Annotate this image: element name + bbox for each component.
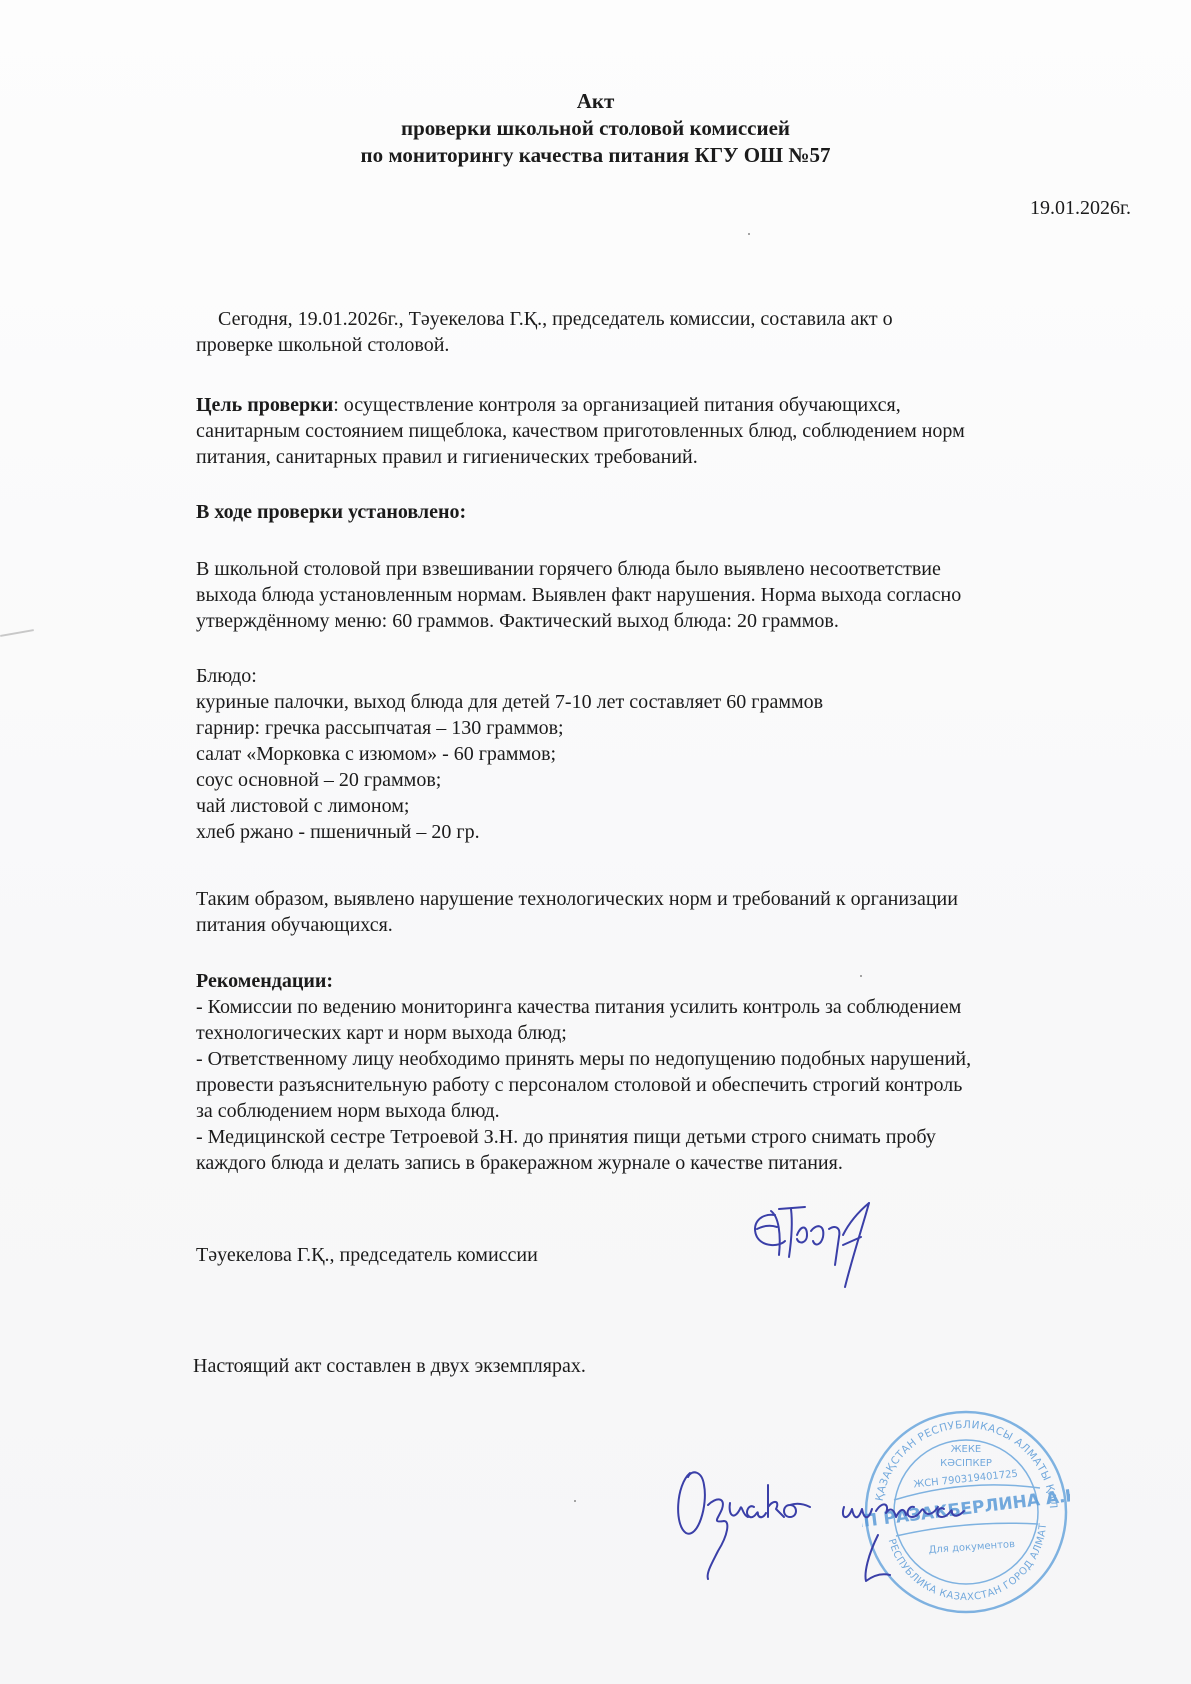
scan-dot xyxy=(860,975,862,977)
svg-text:ЖЕКЕ: ЖЕКЕ xyxy=(951,1444,982,1455)
document-title: Акт проверки школьной столовой комиссией… xyxy=(0,88,1191,169)
intro-line-1: Сегодня, 19.01.2026г., Тәуекелова Г.Қ., … xyxy=(196,306,1116,332)
handwritten-signature-icon xyxy=(745,1195,885,1300)
copies-note-block: Настоящий акт составлен в двух экземпляр… xyxy=(193,1353,1113,1379)
menu-item: хлеб ржано - пшеничный – 20 гр. xyxy=(196,819,1116,845)
findings-text: В школьной столовой при взвешивании горя… xyxy=(196,556,1116,634)
title-line-1: Акт xyxy=(0,88,1191,115)
scan-artifact xyxy=(0,629,34,637)
menu-item: салат «Морковка с изюмом» - 60 граммов; xyxy=(196,741,1116,767)
recommendation-line: - Медицинской сестре Тетроевой З.Н. до п… xyxy=(196,1124,1116,1150)
recommendation-line: - Ответственному лицу необходимо принять… xyxy=(196,1046,1116,1072)
signer-name: Тәуекелова Г.Қ., председатель комиссии xyxy=(196,1242,1116,1268)
document-date: 19.01.2026г. xyxy=(1030,197,1131,220)
findings-heading: В ходе проверки установлено: xyxy=(196,499,1116,525)
menu-item: чай листовой с лимоном; xyxy=(196,793,1116,819)
title-line-3: по мониторингу качества питания КГУ ОШ №… xyxy=(0,142,1191,169)
purpose-text-1: : осуществление контроля за организацией… xyxy=(333,394,900,416)
purpose-text-2: санитарным состоянием пищеблока, качеств… xyxy=(196,418,1116,444)
recommendation-line: провести разъяснительную работу с персон… xyxy=(196,1072,1116,1098)
conclusion-paragraph: Таким образом, выявлено нарушение технол… xyxy=(196,886,1116,938)
scan-dot xyxy=(574,1500,576,1502)
title-line-2: проверки школьной столовой комиссией xyxy=(0,115,1191,142)
document-page: Акт проверки школьной столовой комиссией… xyxy=(0,0,1191,1684)
findings-section: В ходе проверки установлено: xyxy=(196,499,1116,525)
conclusion-line: Таким образом, выявлено нарушение технол… xyxy=(196,886,1116,912)
intro-paragraph: Сегодня, 19.01.2026г., Тәуекелова Г.Қ., … xyxy=(196,306,1116,358)
signature-line: Тәуекелова Г.Қ., председатель комиссии xyxy=(196,1242,1116,1268)
copies-note: Настоящий акт составлен в двух экземпляр… xyxy=(193,1353,1113,1379)
recommendation-line: технологических карт и норм выхода блюд; xyxy=(196,1020,1116,1046)
handwritten-acknowledgement-icon xyxy=(668,1455,1008,1590)
findings-line: выхода блюда установленным нормам. Выявл… xyxy=(196,582,1116,608)
scan-dot xyxy=(748,233,750,235)
menu-list: Блюдо: куриные палочки, выход блюда для … xyxy=(196,663,1116,845)
conclusion-line: питания обучающихся. xyxy=(196,912,1116,938)
intro-line-2: проверке школьной столовой. xyxy=(196,332,1116,358)
recommendation-line: каждого блюда и делать запись в бракераж… xyxy=(196,1150,1116,1176)
recommendations-section: Рекомендации: - Комиссии по ведению мони… xyxy=(196,968,1116,1176)
findings-line: утверждённому меню: 60 граммов. Фактичес… xyxy=(196,608,1116,634)
purpose-label: Цель проверки xyxy=(196,394,333,416)
menu-item: гарнир: гречка рассыпчатая – 130 граммов… xyxy=(196,715,1116,741)
recommendation-line: - Комиссии по ведению мониторинга качест… xyxy=(196,994,1116,1020)
recommendations-heading: Рекомендации: xyxy=(196,968,1116,994)
menu-heading: Блюдо: xyxy=(196,663,1116,689)
findings-line: В школьной столовой при взвешивании горя… xyxy=(196,556,1116,582)
menu-item: соус основной – 20 граммов; xyxy=(196,767,1116,793)
recommendation-line: за соблюдением норм выхода блюд. xyxy=(196,1098,1116,1124)
purpose-paragraph: Цель проверки: осуществление контроля за… xyxy=(196,392,1116,470)
purpose-text-3: питания, санитарных правил и гигиеническ… xyxy=(196,444,1116,470)
menu-item: куриные палочки, выход блюда для детей 7… xyxy=(196,689,1116,715)
